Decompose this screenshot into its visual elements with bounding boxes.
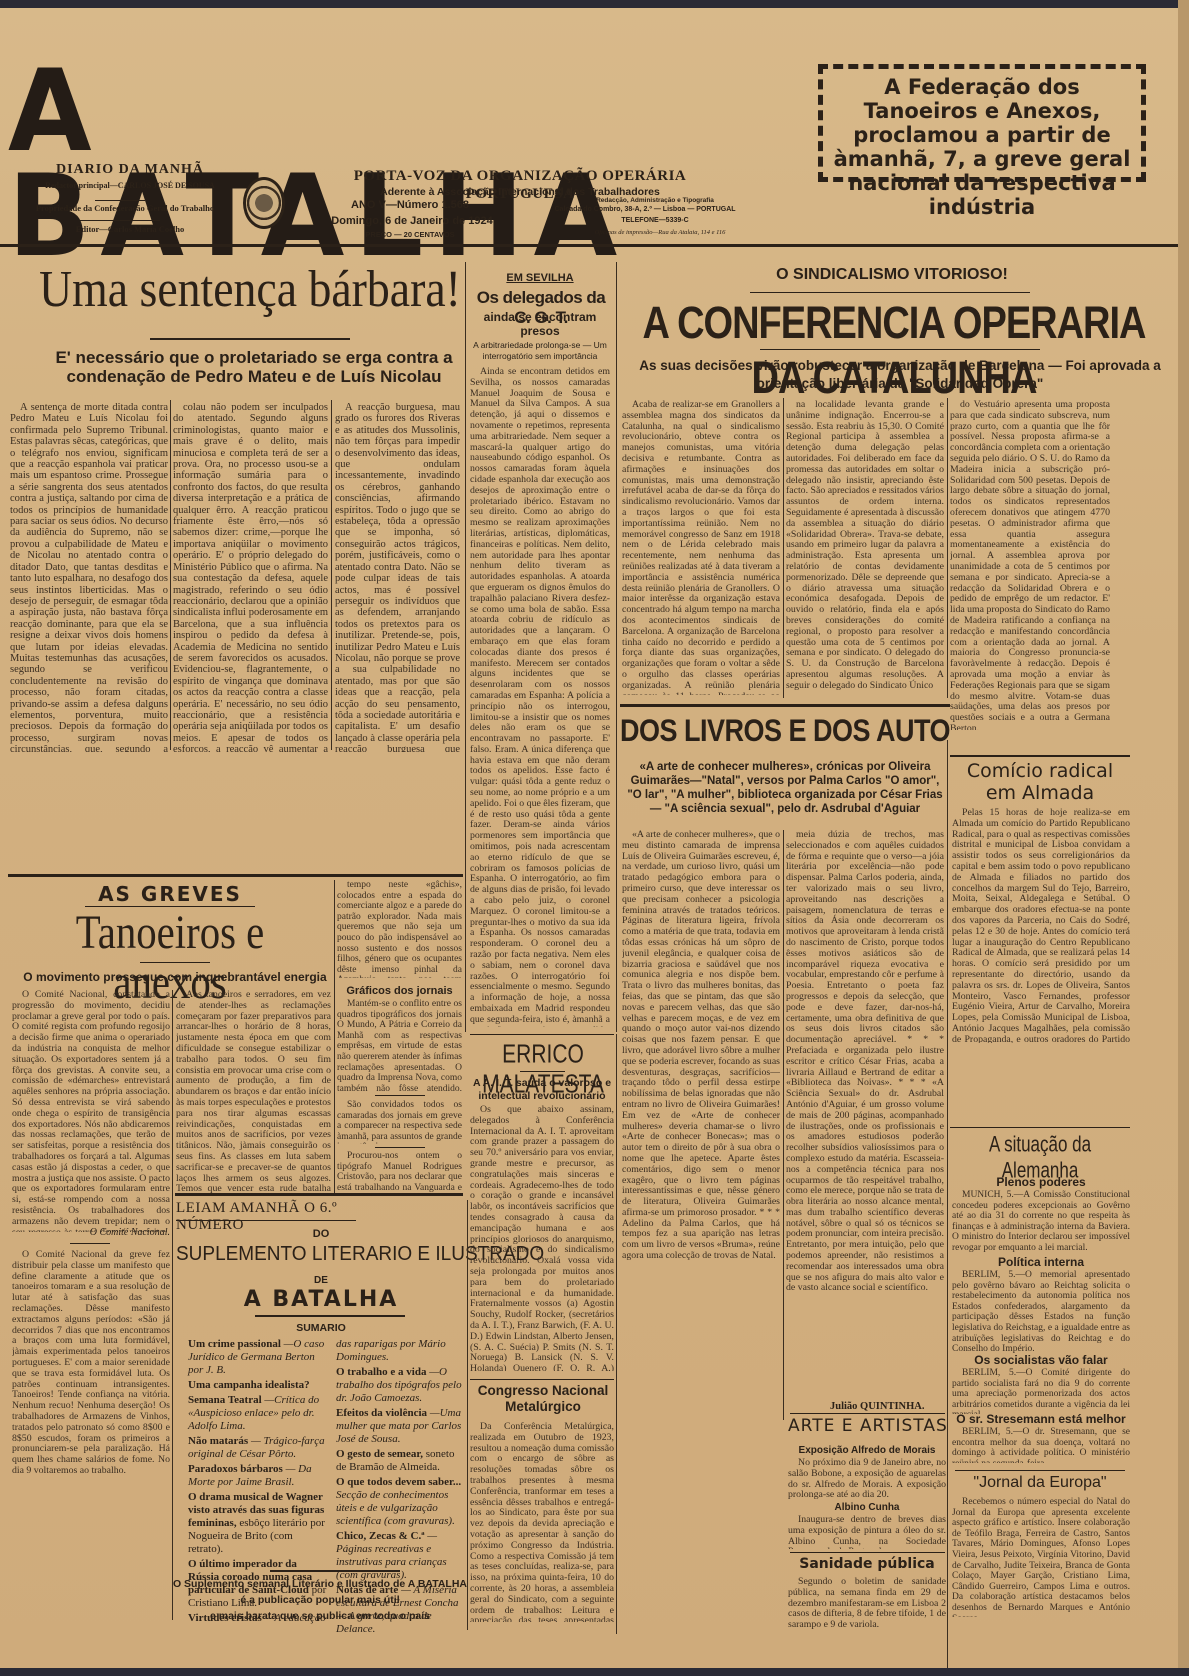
sumario-item: Um crime passional —O caso Jurídico de G… xyxy=(188,1338,330,1377)
greves-column-2: Aos tanoeiros e serradores, em vez de at… xyxy=(176,990,331,1193)
arte-item-2-body: Inaugura-se dentro de breves dias uma ex… xyxy=(788,1515,946,1549)
masthead-title: A BATALHA xyxy=(8,60,768,165)
column-rule xyxy=(616,262,617,1032)
alemanha-section-1-body: MUNICH, 5.—A Comissão Constitucional con… xyxy=(952,1190,1130,1256)
suplemento-de: DE xyxy=(176,1275,466,1286)
alemanha-section-3-text: BERLIM, 5.—O Comité dirigente do partido… xyxy=(952,1368,1130,1414)
page-edge xyxy=(1178,0,1189,1676)
graficos-extra: Procurou-nos ontem o tipógrafo Manuel Ro… xyxy=(337,1151,462,1193)
metalurgico-body-text: Da Conferência Metalúrgica, realizada em… xyxy=(470,1422,614,1622)
arte-item-1-body: No próximo dia 9 de Janeiro abre, no sal… xyxy=(788,1458,946,1502)
column-rule xyxy=(170,400,171,750)
masthead-redactor: Redactor principal—CARLOS JOSÉ DE SOUSA xyxy=(20,181,240,191)
sumario-item: das raparigas por Mário Domingues. xyxy=(336,1338,464,1364)
column-rule xyxy=(172,990,173,1620)
section-rule xyxy=(8,874,463,877)
graficos-notice: São convidados todos os camaradas dos jo… xyxy=(337,1100,462,1144)
lead-headline: Uma sentença bárbara! xyxy=(39,262,461,318)
sevilha-kicker: EM SEVILHA xyxy=(470,272,610,284)
newspaper-page: A BATALHA DIARIO DA MANHÃ Redactor princ… xyxy=(0,0,1189,1676)
sumario-item: O que todos devem saber... Secção de con… xyxy=(336,1476,464,1528)
sumario-item: O drama musical de Wagner visto através … xyxy=(188,1491,330,1556)
lead-column-1: A sentença de morte ditada contra Pedro … xyxy=(10,402,168,752)
scan-border-top xyxy=(0,0,1189,8)
sumario-item: Chico, Zecas & C.ª — Páginas recreativas… xyxy=(336,1530,464,1582)
livros-column-2-text: meia dúzia de trechos, mas seleccionados… xyxy=(786,830,944,1294)
sanidade-body: Segundo o boletim de sanidade pública, n… xyxy=(788,1577,946,1633)
arte-headline: ARTE E ARTISTAS xyxy=(788,1416,948,1436)
sumario-item: Paradoxos bárbaros — Da Morte por Jaime … xyxy=(188,1463,330,1489)
greves-column-1: O Comité Nacional, constatando a progres… xyxy=(12,990,170,1232)
greves-subheadline: O movimento prossegue com inquebrantável… xyxy=(10,970,340,984)
catalunha-subheadline: As suas decisões virão robustecer a orga… xyxy=(630,357,1170,393)
arte-item-1-title: Exposição Alfredo de Morais xyxy=(788,1445,946,1456)
alemanha-section-1-title: Plenos poderes xyxy=(952,1175,1130,1189)
suplemento-footer-3: e mais barata que se publica em todo o p… xyxy=(170,1610,470,1622)
divider xyxy=(150,338,350,340)
sevilha-body: Ainda se encontram detidos em Sevilha, o… xyxy=(470,367,610,1027)
sumario-item: O gesto de semear, soneto de Bramão de A… xyxy=(336,1448,464,1474)
sumario-item: Uma campanha idealista? xyxy=(188,1379,330,1392)
graficos-body-text: Mantém-se o conflito entre os quadros ti… xyxy=(337,999,462,1091)
column-rule xyxy=(947,740,948,1670)
catalunha-column-2: na localidade levanta grande e unânime i… xyxy=(786,400,944,695)
divider xyxy=(255,1315,405,1317)
catalunha-column-2-text: na localidade levanta grande e unânime i… xyxy=(786,400,944,692)
masthead-date: Domingo, 6 de Janeiro de 1924 xyxy=(312,215,512,228)
column-rule xyxy=(465,262,466,1032)
column-rule xyxy=(616,1034,617,1634)
greves-kicker: AS GREVES xyxy=(60,882,280,906)
alemanha-section-4-body: BERLIM, 5.—O dr. Stresemann, que se enco… xyxy=(952,1427,1130,1463)
arte-item-2-text: Inaugura-se dentro de breves dias uma ex… xyxy=(788,1515,946,1549)
suplemento-title: SUPLEMENTO LITERARIO E ILUSTRADO xyxy=(176,1243,461,1266)
divider xyxy=(950,1127,1130,1128)
divider xyxy=(470,1379,614,1380)
livros-column-1: «A arte de conhecer mulheres», que o meu… xyxy=(622,830,780,1420)
greves-column-2-text: Aos tanoeiros e serradores, em vez de at… xyxy=(176,990,331,1193)
divider xyxy=(790,1552,945,1553)
section-rule xyxy=(950,755,1130,757)
metalurgico-headline: Congresso Nacional Metalúrgico xyxy=(470,1383,616,1415)
divider xyxy=(70,1243,110,1244)
malatesta-body: Os que abaixo assinam, delegados à Confe… xyxy=(470,1105,614,1371)
divider xyxy=(140,962,210,963)
greves-signature: O Comité Nacional. xyxy=(60,1227,170,1238)
greves-manifesto: O Comité Nacional da greve fez distribui… xyxy=(12,1250,170,1620)
greves-manifesto-text: O Comité Nacional da greve fez distribui… xyxy=(12,1250,170,1477)
sevilha-body-text: Ainda se encontram detidos em Sevilha, o… xyxy=(470,367,610,1027)
lead-column-1-text: A sentença de morte ditada contra Pedro … xyxy=(10,402,168,752)
divider xyxy=(375,1147,425,1148)
alemanha-section-3-body: BERLIM, 5.—O Comité dirigente do partido… xyxy=(952,1368,1130,1414)
alemanha-section-4-title: O sr. Stresemann está melhor xyxy=(952,1412,1130,1426)
masthead-redaccao: Redacção, Administração e Tipografia xyxy=(565,197,745,205)
masthead-oficinas: Oficinas de impressão—Rua da Atalaia, 11… xyxy=(560,229,760,237)
sevilha-deck: A arbitrariedade prolonga-se — Um interr… xyxy=(470,340,610,362)
greves-column-1-text: O Comité Nacional, constatando a progres… xyxy=(12,990,170,1232)
sanidade-headline: Sanidade pública xyxy=(788,1556,946,1572)
lead-column-2-text: colau não podem ser inculpados do atenta… xyxy=(173,402,328,752)
malatesta-body-text: Os que abaixo assinam, delegados à Confe… xyxy=(470,1105,614,1371)
alemanha-section-3-title: Os socialistas vão falar xyxy=(952,1353,1130,1367)
column-rule xyxy=(334,880,335,1193)
masthead-price: PREÇO — 20 CENTAVOS xyxy=(340,230,480,239)
strike-announcement-box: A Federação dos Tanoeiros e Anexos, proc… xyxy=(818,64,1146,182)
suplemento-footer-2: é a publicação popular mais útil xyxy=(170,1594,470,1606)
europa-headline: "Jornal da Europa" xyxy=(950,1474,1130,1492)
divider xyxy=(790,1413,945,1414)
arte-item-2-title: Albino Cunha xyxy=(788,1502,946,1513)
lead-subheadline: E' necessário que o proletariado se erga… xyxy=(8,348,500,386)
almada-body: Pelas 15 horas de hoje realiza-se em Alm… xyxy=(952,808,1130,1043)
masthead-editor: Editor—Carlos Maria Coelho xyxy=(20,224,240,234)
sumario-item: O trabalho e a vida —O trabalho dos tipó… xyxy=(336,1366,464,1405)
livros-column-2: meia dúzia de trechos, mas seleccionados… xyxy=(786,830,944,1400)
masthead-issue: ANO V—Número 1.568 xyxy=(330,199,490,212)
arte-item-1-text: No próximo dia 9 de Janeiro abre, no sal… xyxy=(788,1458,946,1501)
sumario-right-list: das raparigas por Mário Domingues. O tra… xyxy=(336,1338,464,1638)
lead-column-3-text: A reacção burguesa, mau grado os furores… xyxy=(335,402,460,752)
alemanha-section-2-text: BERLIM, 5.—O memorial apresentado pelo g… xyxy=(952,1270,1130,1355)
alemanha-section-2-title: Política interna xyxy=(952,1255,1130,1269)
column-rule xyxy=(947,398,948,698)
divider xyxy=(470,1034,614,1035)
alemanha-section-2-body: BERLIM, 5.—O memorial apresentado pelo g… xyxy=(952,1270,1130,1358)
divider xyxy=(176,1220,356,1221)
sanidade-body-text: Segundo o boletim de sanidade pública, n… xyxy=(788,1577,946,1631)
seal-emblem-icon xyxy=(243,177,285,229)
graficos-notice-text: São convidados todos os camaradas dos jo… xyxy=(337,1100,462,1144)
masthead-subtitle: DIARIO DA MANHÃ xyxy=(30,162,230,179)
catalunha-column-3: do Vestuário apresenta uma proposta para… xyxy=(950,400,1110,730)
lead-column-3: A reacção burguesa, mau grado os furores… xyxy=(335,402,460,752)
almada-headline: Comício radical em Almada xyxy=(950,760,1130,804)
greves-right-text: tempo neste «gâchis», colocados entre a … xyxy=(337,880,462,978)
graficos-body: Mantém-se o conflito entre os quadros ti… xyxy=(337,999,462,1091)
divider xyxy=(375,1095,425,1096)
masthead-property: Propriedade da Confederação Geral do Tra… xyxy=(0,203,250,213)
divider xyxy=(520,1071,565,1072)
sumario-item: Efeitos da violência —Uma mulher que mat… xyxy=(336,1407,464,1446)
divider xyxy=(750,292,1030,293)
catalunha-column-1: Acaba de realizar-se em Granollers a ass… xyxy=(622,400,780,695)
column-rule xyxy=(783,398,784,698)
sevilha-subheadline: ainda se encontram presos xyxy=(470,310,610,338)
sumario-label: SUMARIO xyxy=(176,1322,466,1334)
lead-column-2: colau não podem ser inculpados do atenta… xyxy=(173,402,328,752)
sumario-item: Semana Teatral —Crítica do «Auspicioso e… xyxy=(188,1394,330,1433)
catalunha-column-3-text: do Vestuário apresenta uma proposta para… xyxy=(950,400,1110,730)
suplemento-do: DO xyxy=(176,1228,466,1240)
europa-body-text: Recebemos o número especial do Natal do … xyxy=(952,1497,1130,1617)
suplemento-paper: A BATALHA xyxy=(176,1287,466,1312)
scan-border-bottom xyxy=(0,1668,1189,1676)
europa-body: Recebemos o número especial do Natal do … xyxy=(952,1497,1130,1617)
masthead-telefone: TELEFONE—5339-C xyxy=(580,217,730,225)
column-rule xyxy=(783,830,784,1420)
masthead-address: Calçada do Combro, 38-A, 2.º — Lisboa — … xyxy=(525,206,765,214)
sumario-item: Não matarás — Trágico-farça original de … xyxy=(188,1435,330,1461)
livros-signature: Julião QUINTINHA. xyxy=(830,1401,950,1412)
masthead-rule xyxy=(0,244,1178,247)
divider xyxy=(95,200,145,201)
livros-subheadline: «A arte de conhecer mulheres», crónicas … xyxy=(625,760,945,816)
graficos-title: Gráficos dos jornais xyxy=(337,985,462,997)
alemanha-section-1-text: MUNICH, 5.—A Comissão Constitucional con… xyxy=(952,1190,1130,1254)
livros-headline: DOS LIVROS E DOS AUTORES xyxy=(620,712,950,749)
section-rule xyxy=(175,1193,463,1196)
divider xyxy=(760,349,1040,350)
section-rule xyxy=(620,704,950,707)
metalurgico-body: Da Conferência Metalúrgica, realizada em… xyxy=(470,1422,614,1622)
almada-body-text: Pelas 15 horas de hoje realiza-se em Alm… xyxy=(952,808,1130,1043)
divider xyxy=(270,1570,400,1572)
livros-column-1-text: «A arte de conhecer mulheres», que o meu… xyxy=(622,830,780,1262)
graficos-extra-text: Procurou-nos ontem o tipógrafo Manuel Ro… xyxy=(337,1151,462,1193)
suplemento-footer-1: O Suplemento semanal Literário e Ilustra… xyxy=(170,1578,470,1590)
divider xyxy=(80,220,160,221)
alemanha-section-4-text: BERLIM, 5.—O dr. Stresemann, que se enco… xyxy=(952,1427,1130,1463)
catalunha-kicker: O SINDICALISMO VITORIOSO! xyxy=(622,266,1162,284)
malatesta-subheadline: A A. I. T. saúda o valoroso e intelectua… xyxy=(470,1077,614,1103)
catalunha-column-1-text: Acaba de realizar-se em Granollers a ass… xyxy=(622,400,780,695)
column-rule xyxy=(467,1200,468,1630)
column-rule xyxy=(331,400,332,750)
divider xyxy=(955,1470,1125,1471)
greves-right-column: tempo neste «gâchis», colocados entre a … xyxy=(337,880,462,978)
